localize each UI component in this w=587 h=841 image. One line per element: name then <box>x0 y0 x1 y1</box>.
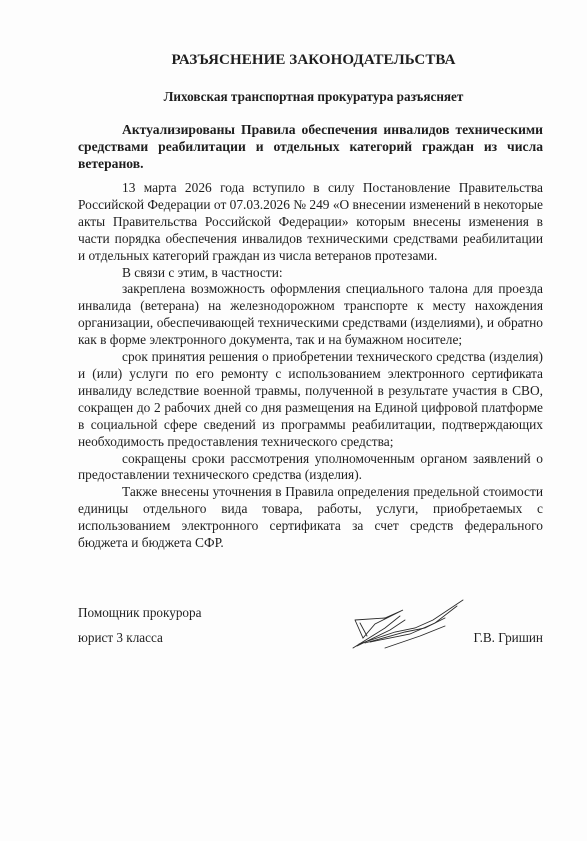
document-title: РАЗЪЯСНЕНИЕ ЗАКОНОДАТЕЛЬСТВА <box>0 52 587 69</box>
document-subtitle: Лиховская транспортная прокуратура разъя… <box>0 89 587 105</box>
signer-position-line1: Помощник прокурора <box>78 605 201 620</box>
paragraph: закреплена возможность оформления специа… <box>78 281 543 349</box>
paragraph: В связи с этим, в частности: <box>78 265 543 282</box>
signer-position: Помощник прокурора <box>78 605 543 621</box>
paragraph: сокращены сроки рассмотрения уполномочен… <box>78 451 543 485</box>
signer-name: Г.В. Гришин <box>473 630 543 646</box>
paragraph: Также внесены уточнения в Правила опреде… <box>78 484 543 552</box>
document-page: РАЗЪЯСНЕНИЕ ЗАКОНОДАТЕЛЬСТВА Лиховская т… <box>0 0 587 841</box>
signer-position-line2: юрист 3 класса <box>78 630 163 645</box>
handwritten-signature-icon <box>345 598 465 653</box>
paragraph: 13 марта 2026 года вступило в силу Поста… <box>78 180 543 265</box>
signer-rank-row: юрист 3 класса Г.В. Гришин <box>78 630 543 646</box>
document-body: 13 марта 2026 года вступило в силу Поста… <box>78 180 543 552</box>
document-headline: Актуализированы Правила обеспечения инва… <box>78 121 543 172</box>
paragraph: срок принятия решения о приобретении тех… <box>78 349 543 450</box>
